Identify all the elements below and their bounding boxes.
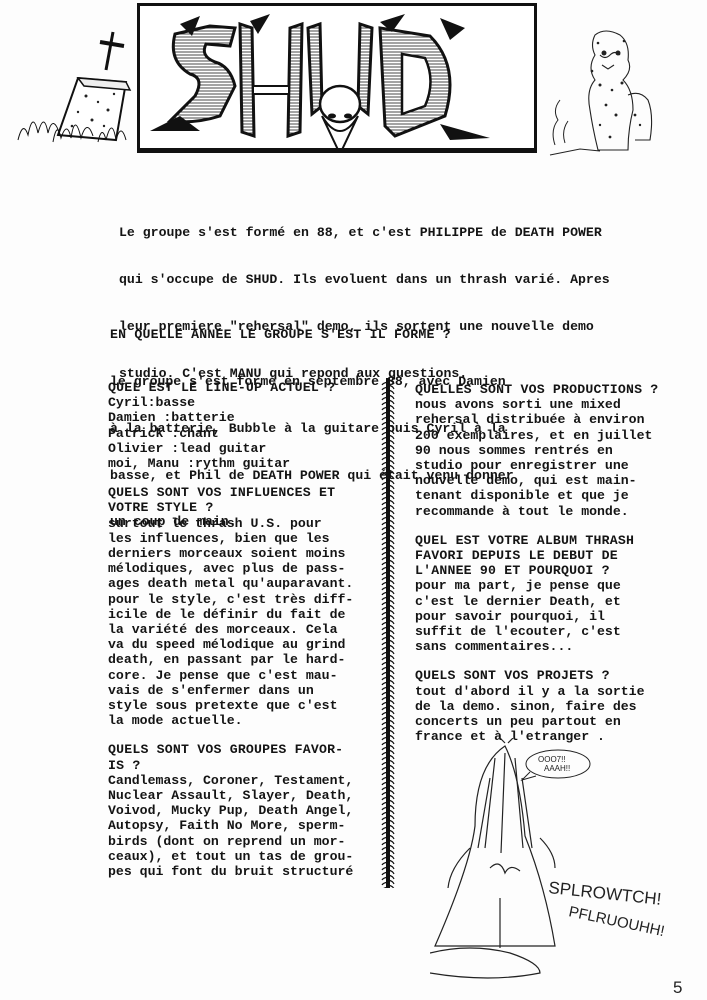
question-heading: QUELLES SONT VOS PRODUCTIONS ? — [415, 382, 705, 397]
answer-line: suffit de l'ecouter, c'est — [415, 624, 705, 639]
question-heading: FAVORI DEPUIS LE DEBUT DE — [415, 548, 705, 563]
question-heading: QUELS SONT VOS PROJETS ? — [415, 668, 705, 683]
answer-line: studio pour enregistrer une — [415, 458, 705, 473]
page-number: 5 — [673, 978, 682, 998]
answer-line: concerts un peu partout en — [415, 714, 705, 729]
answer-line: Nuclear Assault, Slayer, Death, — [108, 788, 383, 803]
answer-line: vais de s'enfermer dans un — [108, 683, 383, 698]
question-heading: QUEL EST VOTRE ALBUM THRASH — [415, 533, 705, 548]
left-column: QUEL EST LE LINE-UP ACTUEL ?Cyril:basseD… — [108, 380, 383, 893]
sound-effect-text: PFLRUOUHH! — [567, 903, 666, 940]
barbed-wire-divider — [381, 378, 395, 888]
answer-line: 200 exemplaires, et en juillet — [415, 428, 705, 443]
answer-line: pour ma part, je pense que — [415, 578, 705, 593]
answer-line: death, en passant par le hard- — [108, 652, 383, 667]
answer-line: core. Je pense que c'est mau- — [108, 668, 383, 683]
interview-block: QUELS SONT VOS INFLUENCES ETVOTRE STYLE … — [108, 485, 383, 728]
answer-line: moi, Manu :rythm guitar — [108, 456, 383, 471]
answer-line: tenant disponible et que je — [415, 488, 705, 503]
answer-line: Damien :batterie — [108, 410, 383, 425]
question-heading: EN QUELLE ANNEE LE GROUPE S'EST IL FORME… — [110, 327, 630, 343]
interview-block: QUELS SONT VOS GROUPES FAVOR-IS ?Candlem… — [108, 742, 383, 879]
answer-line: Patrick :chant — [108, 426, 383, 441]
answer-line: tout d'abord il y a la sortie — [415, 684, 705, 699]
answer-line: Olivier :lead guitar — [108, 441, 383, 456]
answer-line: pour savoir pourquoi, il — [415, 609, 705, 624]
zombie-illustration — [540, 25, 680, 165]
answer-line: pour le style, c'est très diff- — [108, 592, 383, 607]
header-banner — [0, 0, 707, 180]
speech-bubble-text: OOO7!! — [538, 755, 566, 764]
question-heading: QUELS SONT VOS GROUPES FAVOR- — [108, 742, 383, 757]
answer-line: pes qui font du bruit structuré — [108, 864, 383, 879]
answer-line: nous avons sorti une mixed — [415, 397, 705, 412]
answer-line: icile de le définir du fait de — [108, 607, 383, 622]
answer-line: la variété des morceaux. Cela — [108, 622, 383, 637]
right-column: QUELLES SONT VOS PRODUCTIONS ?nous avons… — [415, 382, 705, 758]
answer-line: c'est le dernier Death, et — [415, 594, 705, 609]
answer-line: Candlemass, Coroner, Testament, — [108, 773, 383, 788]
answer-line: derniers morceaux soient moins — [108, 546, 383, 561]
logo-frame — [137, 3, 537, 153]
interview-block: QUELS SONT VOS PROJETS ?tout d'abord il … — [415, 668, 705, 744]
question-heading: QUEL EST LE LINE-UP ACTUEL ? — [108, 380, 383, 395]
answer-line: de la demo. sinon, faire des — [415, 699, 705, 714]
shud-logo — [140, 6, 534, 148]
intro-line: Le groupe s'est formé en 88, et c'est PH… — [119, 225, 679, 241]
answer-line: ceaux), et tout un tas de grou- — [108, 849, 383, 864]
answer-line: nouvelle demo, qui est main- — [415, 473, 705, 488]
question-heading: VOTRE STYLE ? — [108, 500, 383, 515]
interview-block: QUEL EST LE LINE-UP ACTUEL ?Cyril:basseD… — [108, 380, 383, 471]
tombstone-icon — [8, 30, 138, 150]
answer-line: style sous pretexte que c'est — [108, 698, 383, 713]
answer-line: les influences, bien que les — [108, 531, 383, 546]
intro-line: qui s'occupe de SHUD. Ils evoluent dans … — [119, 272, 679, 288]
speech-bubble-text: AAAH!! — [544, 764, 570, 773]
answer-line: ages death metal qu'auparavant. — [108, 576, 383, 591]
interview-block: QUELLES SONT VOS PRODUCTIONS ?nous avons… — [415, 382, 705, 519]
answer-line: la mode actuelle. — [108, 713, 383, 728]
answer-line: Voivod, Mucky Pup, Death Angel, — [108, 803, 383, 818]
answer-line: Cyril:basse — [108, 395, 383, 410]
sound-effect-text: SPLROWTCH! — [548, 878, 663, 909]
answer-line: rehersal distribuée à environ — [415, 412, 705, 427]
cartoon-illustration: OOO7!! AAAH!! SPLROWTCH! PFLRUOUHH! — [430, 738, 707, 988]
interview-block: QUEL EST VOTRE ALBUM THRASHFAVORI DEPUIS… — [415, 533, 705, 655]
answer-line: va du speed mélodique au grind — [108, 637, 383, 652]
answer-line: 90 nous sommes rentrés en — [415, 443, 705, 458]
question-heading: IS ? — [108, 758, 383, 773]
question-heading: QUELS SONT VOS INFLUENCES ET — [108, 485, 383, 500]
answer-line: Autopsy, Faith No More, sperm- — [108, 818, 383, 833]
answer-line: mélodiques, avec plus de pass- — [108, 561, 383, 576]
answer-line: birds (dont on reprend un mor- — [108, 834, 383, 849]
answer-line: surtout le thrash U.S. pour — [108, 516, 383, 531]
answer-line: recommande à tout le monde. — [415, 504, 705, 519]
question-heading: L'ANNEE 90 ET POURQUOI ? — [415, 563, 705, 578]
answer-line: sans commentaires... — [415, 639, 705, 654]
